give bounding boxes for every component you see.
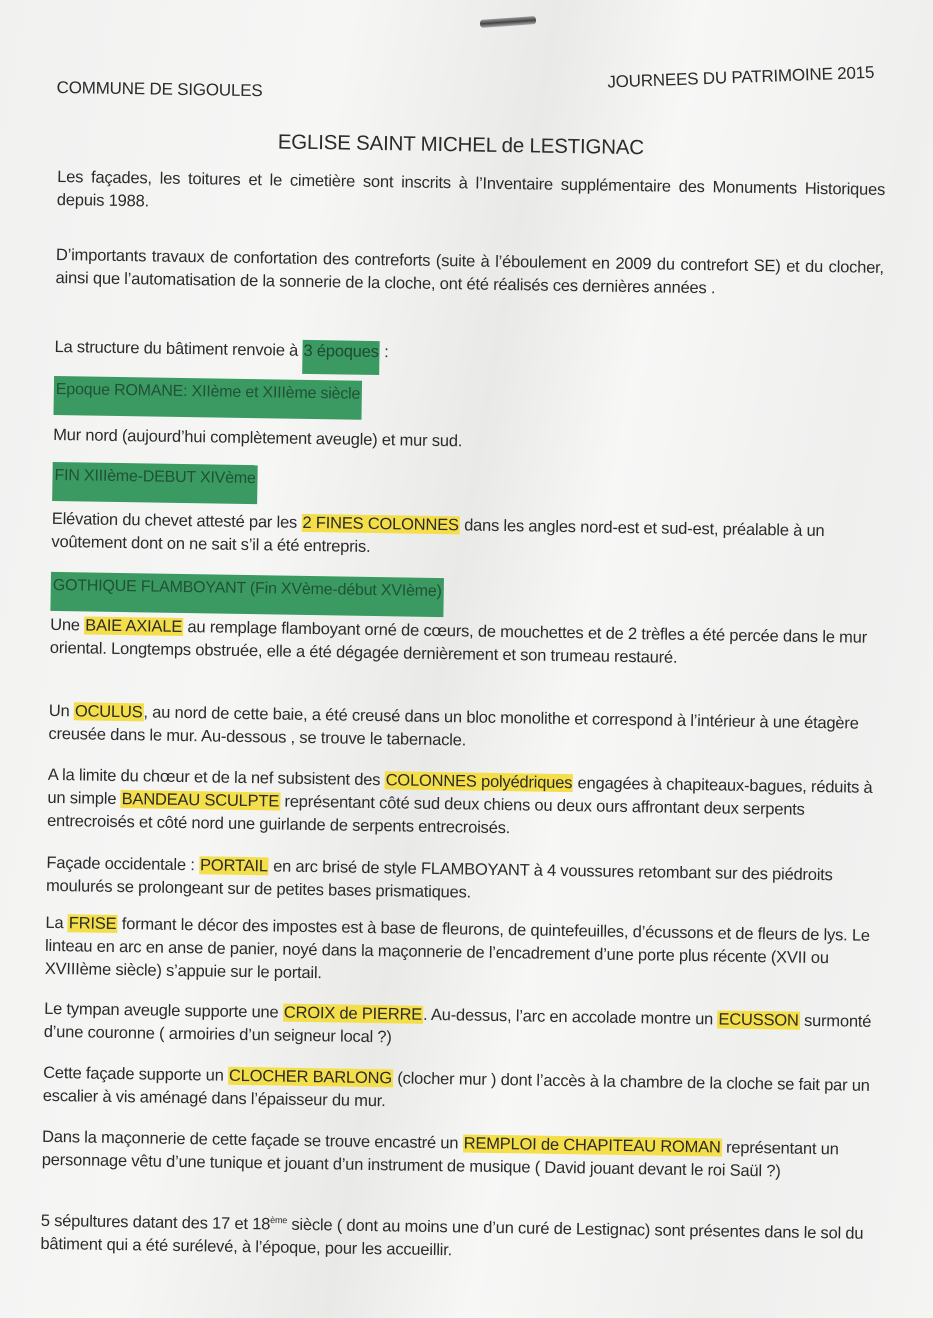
- epoch-text: Mur nord (aujourd’hui complètement aveug…: [53, 424, 881, 460]
- highlight-fines-colonnes: 2 FINES COLONNES: [301, 514, 460, 534]
- highlight-clocher-barlong: CLOCHER BARLONG: [228, 1067, 393, 1088]
- epoch-label: GOTHIQUE FLAMBOYANT (Fin XVème-début XVI…: [50, 572, 444, 617]
- text: , au nord de cette baie, a été creusé da…: [48, 703, 858, 749]
- text: . Au-dessus, l’arc en accolade montre un: [423, 1006, 718, 1029]
- epoch-label: FIN XIIIème-DEBUT XIVème: [52, 462, 258, 504]
- paragraph-portail: Façade occidentale : PORTAIL en arc bris…: [46, 852, 875, 911]
- text: Dans la maçonnerie de cette façade se tr…: [42, 1128, 463, 1153]
- paragraph-tympan: Le tympan aveugle supporte une CROIX de …: [44, 998, 873, 1057]
- header-event: JOURNEES DU PATRIMOINE 2015: [607, 61, 875, 94]
- highlight-ecusson: ECUSSON: [717, 1010, 799, 1029]
- highlight-colonnes: COLONNES polyédriques: [385, 771, 574, 792]
- paragraph-frise: La FRISE formant le décor des impostes e…: [45, 912, 874, 994]
- intro-paragraph-3: La structure du bâtiment renvoie à 3 épo…: [54, 336, 882, 372]
- highlight-oculus: OCULUS: [74, 702, 144, 721]
- text: formant le décor des impostes est à base…: [45, 915, 870, 982]
- text: Une: [50, 616, 84, 635]
- text: Cette façade supporte un: [43, 1064, 228, 1085]
- intro-text-3-end: :: [380, 343, 389, 361]
- paragraph-baie: Une BAIE AXIALE au remplage flamboyant o…: [50, 614, 879, 673]
- superscript: ème: [270, 1215, 287, 1225]
- highlight-remploi: REMPLOI de CHAPITEAU ROMAN: [463, 1134, 722, 1156]
- paragraph-sepultures: 5 sépultures datant des 17 et 18ème sièc…: [40, 1210, 869, 1269]
- text: 5 sépultures datant des 17 et 18: [41, 1212, 271, 1234]
- highlight-bandeau-sculpte: BANDEAU SCULPTE: [121, 790, 281, 811]
- highlight-portail: PORTAIL: [199, 856, 269, 875]
- intro-text-3: La structure du bâtiment renvoie à: [54, 338, 302, 360]
- epoch-text-romane: Mur nord (aujourd’hui complètement aveug…: [53, 424, 881, 460]
- paragraph-remploi: Dans la maçonnerie de cette façade se tr…: [42, 1126, 871, 1185]
- highlight-croix-de-pierre: CROIX de PIERRE: [283, 1004, 423, 1024]
- paragraph-clocher: Cette façade supporte un CLOCHER BARLONG…: [43, 1062, 872, 1121]
- paragraph-colonnes: A la limite du chœur et de la nef subsis…: [47, 764, 876, 846]
- highlight-3-epoques: 3 époques: [302, 340, 380, 375]
- page-title: EGLISE SAINT MICHEL de LESTIGNAC: [278, 130, 644, 159]
- intro-text-1: Les façades, les toitures et le cimetièr…: [57, 166, 886, 225]
- intro-paragraph-2: D’importants travaux de confortation des…: [55, 244, 884, 303]
- text: Un: [49, 702, 74, 720]
- text: Façade occidentale :: [46, 854, 199, 874]
- epoch-heading-fin-xiii: FIN XIIIème-DEBUT XIVème: [52, 462, 881, 514]
- document-page: COMMUNE DE SIGOULES JOURNEES DU PATRIMOI…: [60, 0, 900, 13]
- header-commune: COMMUNE DE SIGOULES: [56, 76, 262, 102]
- epoch-label: Epoque ROMANE: XIIème et XIIIème siècle: [53, 376, 362, 420]
- highlight-frise: FRISE: [68, 914, 118, 933]
- staple: [480, 16, 536, 28]
- text: La: [45, 914, 68, 932]
- intro-paragraph-1: Les façades, les toitures et le cimetièr…: [57, 166, 886, 225]
- text: Le tympan aveugle supporte une: [44, 1000, 283, 1022]
- text: Elévation du chevet attesté par les: [52, 510, 302, 532]
- epoch-text-fin-xiii: Elévation du chevet attesté par les 2 FI…: [51, 508, 880, 567]
- text: A la limite du chœur et de la nef subsis…: [48, 766, 385, 789]
- epoch-heading-romane: Epoque ROMANE: XIIème et XIIIème siècle: [53, 376, 882, 428]
- intro-text-2: D’importants travaux de confortation des…: [55, 244, 884, 303]
- highlight-baie-axiale: BAIE AXIALE: [84, 616, 183, 636]
- paragraph-oculus: Un OCULUS, au nord de cette baie, a été …: [48, 700, 877, 759]
